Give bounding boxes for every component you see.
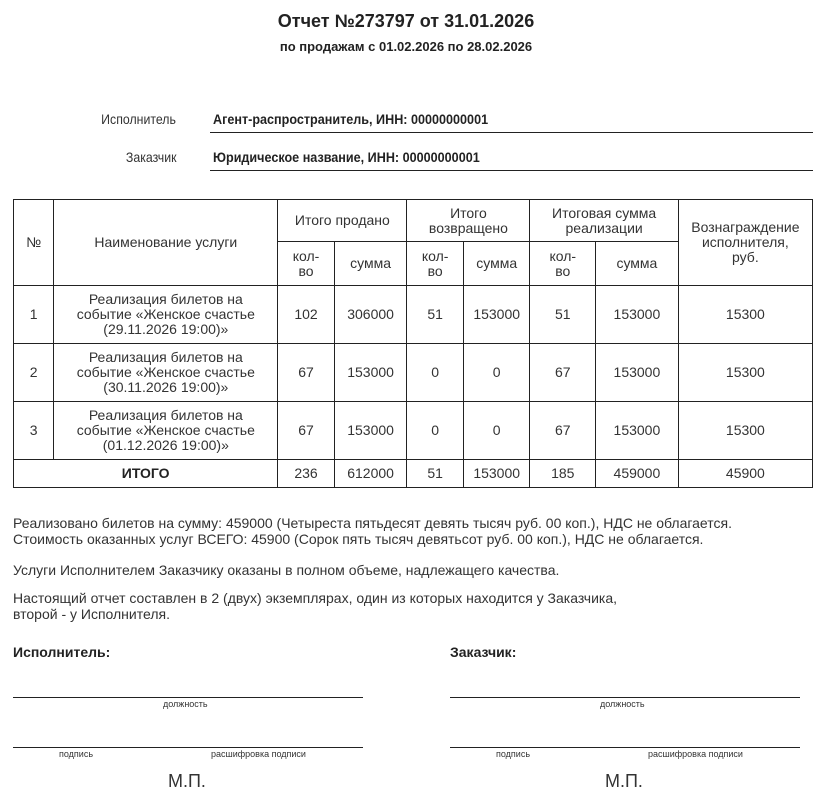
header-returned-sum: сумма xyxy=(463,242,530,286)
customer-signature-line[interactable] xyxy=(450,747,800,748)
row-real-qty: 67 xyxy=(530,344,596,402)
table-header-row-1: № Наименование услуги Итого продано Итог… xyxy=(14,200,813,242)
total-sold-sum: 612000 xyxy=(334,460,407,488)
executor-signature-caption: подпись xyxy=(59,749,93,759)
header-real-qty: кол-во xyxy=(530,242,596,286)
customer-row: Заказчик Юридическое название, ИНН: 0000… xyxy=(0,149,826,173)
executor-signature-line[interactable] xyxy=(13,747,363,748)
total-real-sum: 459000 xyxy=(596,460,679,488)
row-real-sum: 153000 xyxy=(596,402,679,460)
summary-quality: Услуги Исполнителем Заказчику оказаны в … xyxy=(13,562,559,578)
header-returned-qty: кол-во xyxy=(407,242,463,286)
row-service: Реализация билетов на событие «Женское с… xyxy=(54,402,278,460)
row-sold-sum: 306000 xyxy=(334,286,407,344)
row-number: 1 xyxy=(14,286,54,344)
customer-stamp-place: М.П. xyxy=(605,771,643,792)
row-returned-qty: 0 xyxy=(407,402,463,460)
total-sold-qty: 236 xyxy=(278,460,334,488)
header-returned: Итого возвращено xyxy=(407,200,530,242)
header-sold-sum: сумма xyxy=(334,242,407,286)
header-real-sum: сумма xyxy=(596,242,679,286)
row-real-qty: 51 xyxy=(530,286,596,344)
report-title: Отчет №273797 от 31.01.2026 xyxy=(0,11,812,32)
header-reward: Вознаграждение исполнителя, руб. xyxy=(678,200,812,286)
executor-stamp-place: М.П. xyxy=(168,771,206,792)
row-reward: 15300 xyxy=(678,286,812,344)
row-service: Реализация билетов на событие «Женское с… xyxy=(54,344,278,402)
row-sold-qty: 67 xyxy=(278,344,334,402)
executor-signature-heading: Исполнитель: xyxy=(13,644,110,660)
row-real-qty: 67 xyxy=(530,402,596,460)
row-sold-sum: 153000 xyxy=(334,402,407,460)
report-period: по продажам с 01.02.2026 по 28.02.2026 xyxy=(0,39,812,54)
executor-label: Исполнитель xyxy=(101,111,176,127)
header-service-name: Наименование услуги xyxy=(54,200,278,286)
row-number: 2 xyxy=(14,344,54,402)
row-sold-qty: 102 xyxy=(278,286,334,344)
customer-underline xyxy=(210,170,813,171)
row-reward: 15300 xyxy=(678,402,812,460)
executor-value: Агент-распространитель, ИНН: 00000000001 xyxy=(213,111,488,127)
header-sold-qty: кол-во xyxy=(278,242,334,286)
row-returned-sum: 153000 xyxy=(463,286,530,344)
total-real-qty: 185 xyxy=(530,460,596,488)
customer-label: Заказчик xyxy=(125,149,176,165)
summary-copies: Настоящий отчет составлен в 2 (двух) экз… xyxy=(13,590,617,622)
row-returned-sum: 0 xyxy=(463,344,530,402)
report-table: № Наименование услуги Итого продано Итог… xyxy=(13,199,813,488)
header-sold: Итого продано xyxy=(278,200,407,242)
total-returned-sum: 153000 xyxy=(463,460,530,488)
customer-position-caption: должность xyxy=(600,699,645,709)
table-row: 1 Реализация билетов на событие «Женское… xyxy=(14,286,813,344)
customer-signature-heading: Заказчик: xyxy=(450,644,516,660)
summary-services-cost: Стоимость оказанных услуг ВСЕГО: 45900 (… xyxy=(13,531,703,547)
row-real-sum: 153000 xyxy=(596,286,679,344)
executor-underline xyxy=(210,132,813,133)
row-sold-qty: 67 xyxy=(278,402,334,460)
table-row: 2 Реализация билетов на событие «Женское… xyxy=(14,344,813,402)
executor-signature-block: Исполнитель: должность подпись расшифров… xyxy=(13,644,365,804)
row-reward: 15300 xyxy=(678,344,812,402)
header-realization: Итоговая сумма реализации xyxy=(530,200,678,242)
executor-position-line[interactable] xyxy=(13,697,363,698)
customer-decoding-caption: расшифровка подписи xyxy=(648,749,743,759)
row-returned-qty: 0 xyxy=(407,344,463,402)
customer-position-line[interactable] xyxy=(450,697,800,698)
executor-decoding-caption: расшифровка подписи xyxy=(211,749,306,759)
row-sold-sum: 153000 xyxy=(334,344,407,402)
customer-signature-block: Заказчик: должность подпись расшифровка … xyxy=(450,644,802,804)
customer-value: Юридическое название, ИНН: 00000000001 xyxy=(213,149,480,165)
total-label: ИТОГО xyxy=(14,460,278,488)
customer-signature-caption: подпись xyxy=(496,749,530,759)
executor-row: Исполнитель Агент-распространитель, ИНН:… xyxy=(0,111,826,135)
row-service: Реализация билетов на событие «Женское с… xyxy=(54,286,278,344)
summary-realized: Реализовано билетов на сумму: 459000 (Че… xyxy=(13,515,732,531)
table-row: 3 Реализация билетов на событие «Женское… xyxy=(14,402,813,460)
total-reward: 45900 xyxy=(678,460,812,488)
header-number: № xyxy=(14,200,54,286)
table-total-row: ИТОГО 236 612000 51 153000 185 459000 45… xyxy=(14,460,813,488)
row-real-sum: 153000 xyxy=(596,344,679,402)
total-returned-qty: 51 xyxy=(407,460,463,488)
executor-position-caption: должность xyxy=(163,699,208,709)
row-number: 3 xyxy=(14,402,54,460)
row-returned-sum: 0 xyxy=(463,402,530,460)
row-returned-qty: 51 xyxy=(407,286,463,344)
